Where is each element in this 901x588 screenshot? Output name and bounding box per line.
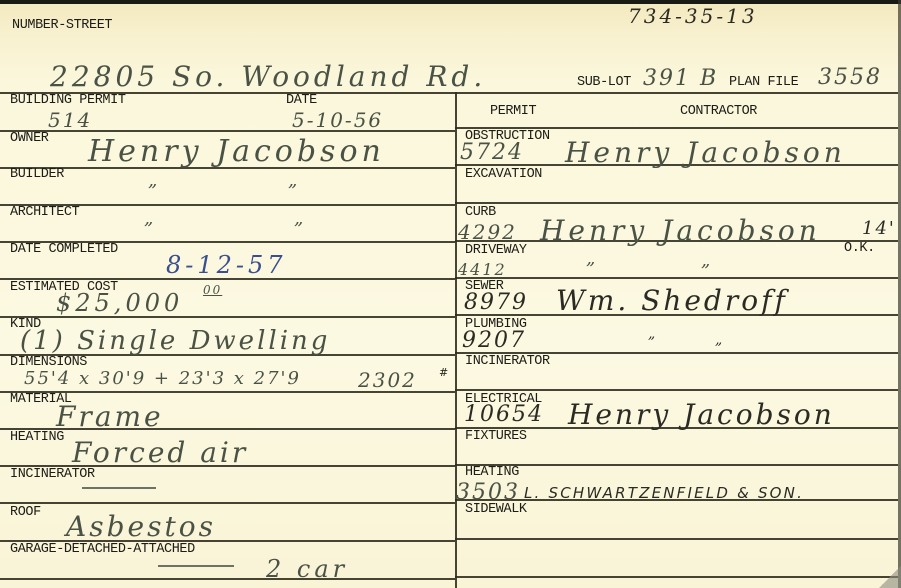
rule <box>455 277 898 279</box>
rule <box>0 578 455 580</box>
curb-note: 14' <box>862 218 896 239</box>
architect-ditto-left: „ <box>144 208 155 229</box>
permit-column-header: PERMIT <box>490 104 536 120</box>
sewer-contractor: Wm. Shedroff <box>556 284 788 317</box>
dimensions-total-unit: # <box>439 366 450 379</box>
heating-right-contractor: L. SCHWARTZENFIELD & SON. <box>524 484 804 502</box>
curb-contractor: Henry Jacobson <box>540 214 821 247</box>
permit-card: NUMBER-STREET 734-35-13 22805 So. Woodla… <box>0 0 901 588</box>
driveway-ditto-right: „ <box>701 250 712 271</box>
builder-ditto-right: „ <box>288 170 299 191</box>
parcel-number: 734-35-13 <box>628 4 758 28</box>
date-value: 5-10-56 <box>292 108 383 132</box>
builder-label: BUILDER <box>10 167 64 183</box>
rule <box>455 538 898 540</box>
column-divider <box>455 92 457 588</box>
rule <box>0 92 898 94</box>
incinerator-dash <box>82 487 156 489</box>
obstruction-contractor: Henry Jacobson <box>565 136 846 169</box>
owner-label: OWNER <box>10 131 49 147</box>
sub-lot-label: SUB-LOT <box>577 75 631 91</box>
plumbing-ditto-right: „ <box>715 332 724 348</box>
estimated-cost-value: $25,000 <box>56 289 183 317</box>
fixtures-label: FIXTURES <box>465 429 527 445</box>
plan-file-label: PLAN FILE <box>729 75 798 91</box>
roof-value: Asbestos <box>66 510 216 543</box>
rule <box>0 502 455 504</box>
kind-value: (1) Single Dwelling <box>20 326 330 356</box>
driveway-label: DRIVEWAY <box>465 243 527 259</box>
garage-label: GARAGE-DETACHED-ATTACHED <box>10 542 195 558</box>
garage-dash <box>158 565 234 567</box>
builder-ditto-left: „ <box>148 170 159 191</box>
heating-right-label: HEATING <box>465 465 519 481</box>
excavation-label: EXCAVATION <box>465 167 542 183</box>
heating-value: Forced air <box>72 436 248 469</box>
architect-ditto-right: „ <box>294 208 305 229</box>
electrical-contractor: Henry Jacobson <box>568 398 835 431</box>
building-permit-value: 514 <box>48 108 92 132</box>
curb-permit: 4292 <box>458 220 517 244</box>
owner-value: Henry Jacobson <box>88 134 385 169</box>
plumbing-ditto-left: „ <box>648 326 657 342</box>
obstruction-permit: 5724 <box>460 140 524 165</box>
number-street-label: NUMBER-STREET <box>12 18 112 34</box>
sewer-permit: 8979 <box>464 290 528 315</box>
date-completed-label: DATE COMPLETED <box>10 242 118 258</box>
driveway-ditto-left: „ <box>586 248 597 269</box>
card-corner <box>879 566 901 588</box>
contractor-column-header: CONTRACTOR <box>680 104 757 120</box>
incinerator-right-label: INCINERATOR <box>465 354 550 370</box>
dimensions-value: 55'4 x 30'9 + 23'3 x 27'9 <box>24 368 301 389</box>
material-value: Frame <box>56 400 164 433</box>
architect-label: ARCHITECT <box>10 205 79 221</box>
plan-file-value: 3558 <box>818 65 882 90</box>
curb-label: CURB <box>465 205 496 221</box>
garage-value: 2 car <box>266 555 348 583</box>
building-permit-label: BUILDING PERMIT <box>10 93 126 109</box>
rule <box>455 202 898 204</box>
date-completed-value: 8-12-57 <box>166 251 287 279</box>
estimated-cost-cents: 00 <box>203 283 222 297</box>
electrical-permit: 10654 <box>464 402 544 427</box>
rule <box>455 576 898 578</box>
incinerator-label: INCINERATOR <box>10 467 95 483</box>
plumbing-permit: 9207 <box>462 328 526 353</box>
address-value: 22805 So. Woodland Rd. <box>50 60 486 93</box>
driveway-permit: 4412 <box>458 260 507 279</box>
heating-label: HEATING <box>10 430 64 446</box>
dimensions-total: 2302 <box>358 368 417 392</box>
rule <box>455 464 898 466</box>
card-top-edge <box>0 0 901 4</box>
driveway-note: O.K. <box>844 241 875 257</box>
date-label: DATE <box>286 93 317 109</box>
sub-lot-value: 391 B <box>643 66 718 91</box>
sidewalk-label: SIDEWALK <box>465 502 527 518</box>
roof-label: ROOF <box>10 505 41 521</box>
